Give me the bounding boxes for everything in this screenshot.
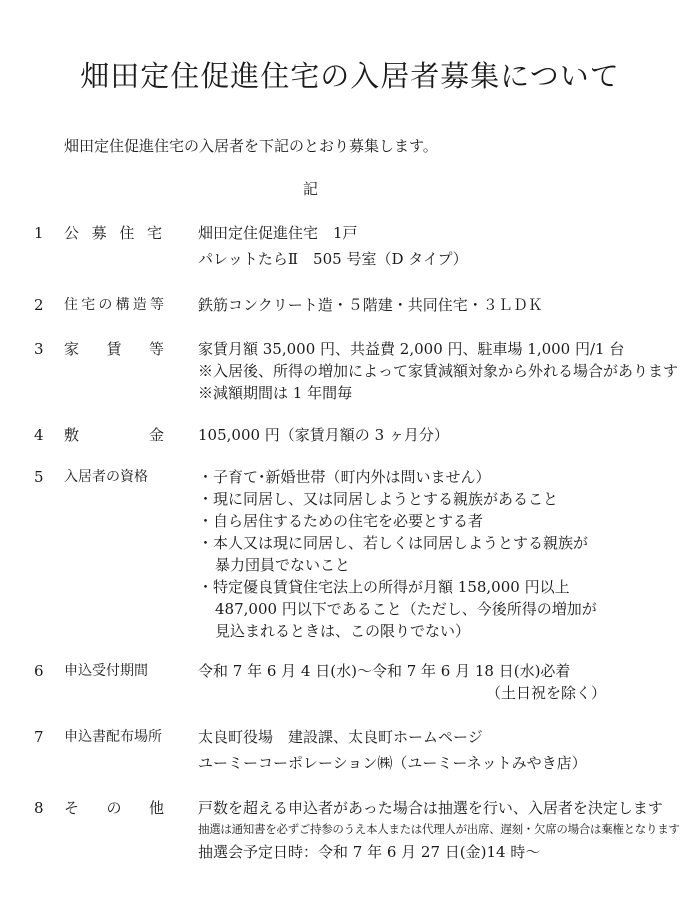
- content-line: 戸数を超える申込者があった場合は抽選を行い、入居者を決定します: [198, 797, 678, 819]
- content-line: ・特定優良賃貸住宅法上の所得が月額 158,000 円以上: [198, 576, 678, 598]
- content-line: ※入居後、所得の増加によって家賃減額対象から外れる場合があります: [198, 360, 678, 382]
- label-char: 宅: [147, 222, 162, 244]
- label-char: 他: [149, 797, 164, 819]
- label-char: 住: [119, 222, 134, 244]
- label-char: の: [98, 294, 112, 316]
- label-char: 造: [133, 294, 147, 316]
- label-char: 家: [64, 338, 79, 360]
- content-line: 鉄筋コンクリート造・５階建・共同住宅・３ＬＤＫ: [198, 294, 678, 316]
- item-label: 入居者の資格: [64, 466, 166, 488]
- content-line: 畑田定住促進住宅 1戸: [198, 222, 678, 244]
- content-line: 令和 7 年 6 月 4 日(水)～令和 7 年 6 月 18 日(水)必着: [198, 660, 678, 682]
- label-char: 等: [149, 338, 164, 360]
- content-line: 抽選は通知書を必ずご持参のうえ本人または代理人が出席、遅刻・欠席の場合は棄権とな…: [198, 819, 678, 839]
- item-number: 1: [34, 222, 48, 244]
- item-label: 住 宅 の 構 造 等: [64, 294, 164, 316]
- content-line: ユーミーコーポレーション㈱（ユーミーネットみやき店）: [198, 752, 678, 774]
- label-char: 賃: [106, 338, 121, 360]
- ki-heading: 記: [303, 178, 318, 200]
- item-content: 戸数を超える申込者があった場合は抽選を行い、入居者を決定します 抽選は通知書を必…: [198, 797, 678, 863]
- label-char: 募: [92, 222, 107, 244]
- item-content: 家賃月額 35,000 円、共益費 2,000 円、駐車場 1,000 円/1 …: [198, 338, 678, 404]
- content-line: 太良町役場 建設課、太良町ホームページ: [198, 726, 678, 748]
- item-number: 4: [34, 424, 48, 446]
- label-char: 公: [64, 222, 79, 244]
- label-char: 構: [116, 294, 130, 316]
- content-line: （土日祝を除く）: [198, 682, 678, 704]
- item-content: 太良町役場 建設課、太良町ホームページ ユーミーコーポレーション㈱（ユーミーネッ…: [198, 726, 678, 774]
- item-label: 家 賃 等: [64, 338, 164, 360]
- content-line: ・子育て･新婚世帯（町内外は問いません）: [198, 466, 678, 488]
- item-number: 6: [34, 660, 48, 682]
- label-char: 敷: [64, 424, 79, 446]
- item-label: そ の 他: [64, 797, 164, 819]
- item-number: 2: [34, 294, 48, 316]
- label-char: そ: [64, 797, 79, 819]
- item-label: 敷 金: [64, 424, 164, 446]
- item-number: 5: [34, 466, 48, 488]
- content-line: 抽選会予定日時：令和 7 年 6 月 27 日(金)14 時～: [198, 841, 678, 863]
- label-char: 宅: [81, 294, 95, 316]
- content-line: パレットたらⅡ 505 号室（D タイプ）: [198, 248, 678, 270]
- content-line: 見込まれるときは、この限りでない）: [198, 620, 678, 642]
- item-label: 公 募 住 宅: [64, 222, 162, 244]
- item-number: 3: [34, 338, 48, 360]
- intro-text: 畑田定住促進住宅の入居者を下記のとおり募集します。: [64, 135, 438, 157]
- item-content: 畑田定住促進住宅 1戸 パレットたらⅡ 505 号室（D タイプ）: [198, 222, 678, 270]
- item-number: 8: [34, 797, 48, 819]
- item-content: 105,000 円（家賃月額の 3 ヶ月分）: [198, 424, 678, 446]
- content-line: 487,000 円以下であること（ただし、今後所得の増加が: [198, 598, 678, 620]
- item-content: ・子育て･新婚世帯（町内外は問いません） ・現に同居し、又は同居しようとする親族…: [198, 466, 678, 642]
- label-char: の: [106, 797, 121, 819]
- document-title: 畑田定住促進住宅の入居者募集について: [0, 56, 700, 96]
- content-line: 暴力団員でないこと: [198, 554, 678, 576]
- content-line: 105,000 円（家賃月額の 3 ヶ月分）: [198, 424, 678, 446]
- content-line: ・自ら居住するための住宅を必要とする者: [198, 510, 678, 532]
- label-char: 住: [64, 294, 78, 316]
- content-line: 家賃月額 35,000 円、共益費 2,000 円、駐車場 1,000 円/1 …: [198, 338, 678, 360]
- item-label: 申込受付期間: [64, 660, 166, 682]
- content-line: ・現に同居し、又は同居しようとする親族があること: [198, 488, 678, 510]
- item-number: 7: [34, 726, 48, 748]
- label-char: 金: [149, 424, 164, 446]
- label-char: 等: [150, 294, 164, 316]
- content-line: ・本人又は現に同居し、若しくは同居しようとする親族が: [198, 532, 678, 554]
- item-content: 令和 7 年 6 月 4 日(水)～令和 7 年 6 月 18 日(水)必着 （…: [198, 660, 678, 704]
- content-line: ※減額期間は 1 年間毎: [198, 382, 678, 404]
- item-label: 申込書配布場所: [64, 726, 166, 748]
- item-content: 鉄筋コンクリート造・５階建・共同住宅・３ＬＤＫ: [198, 294, 678, 316]
